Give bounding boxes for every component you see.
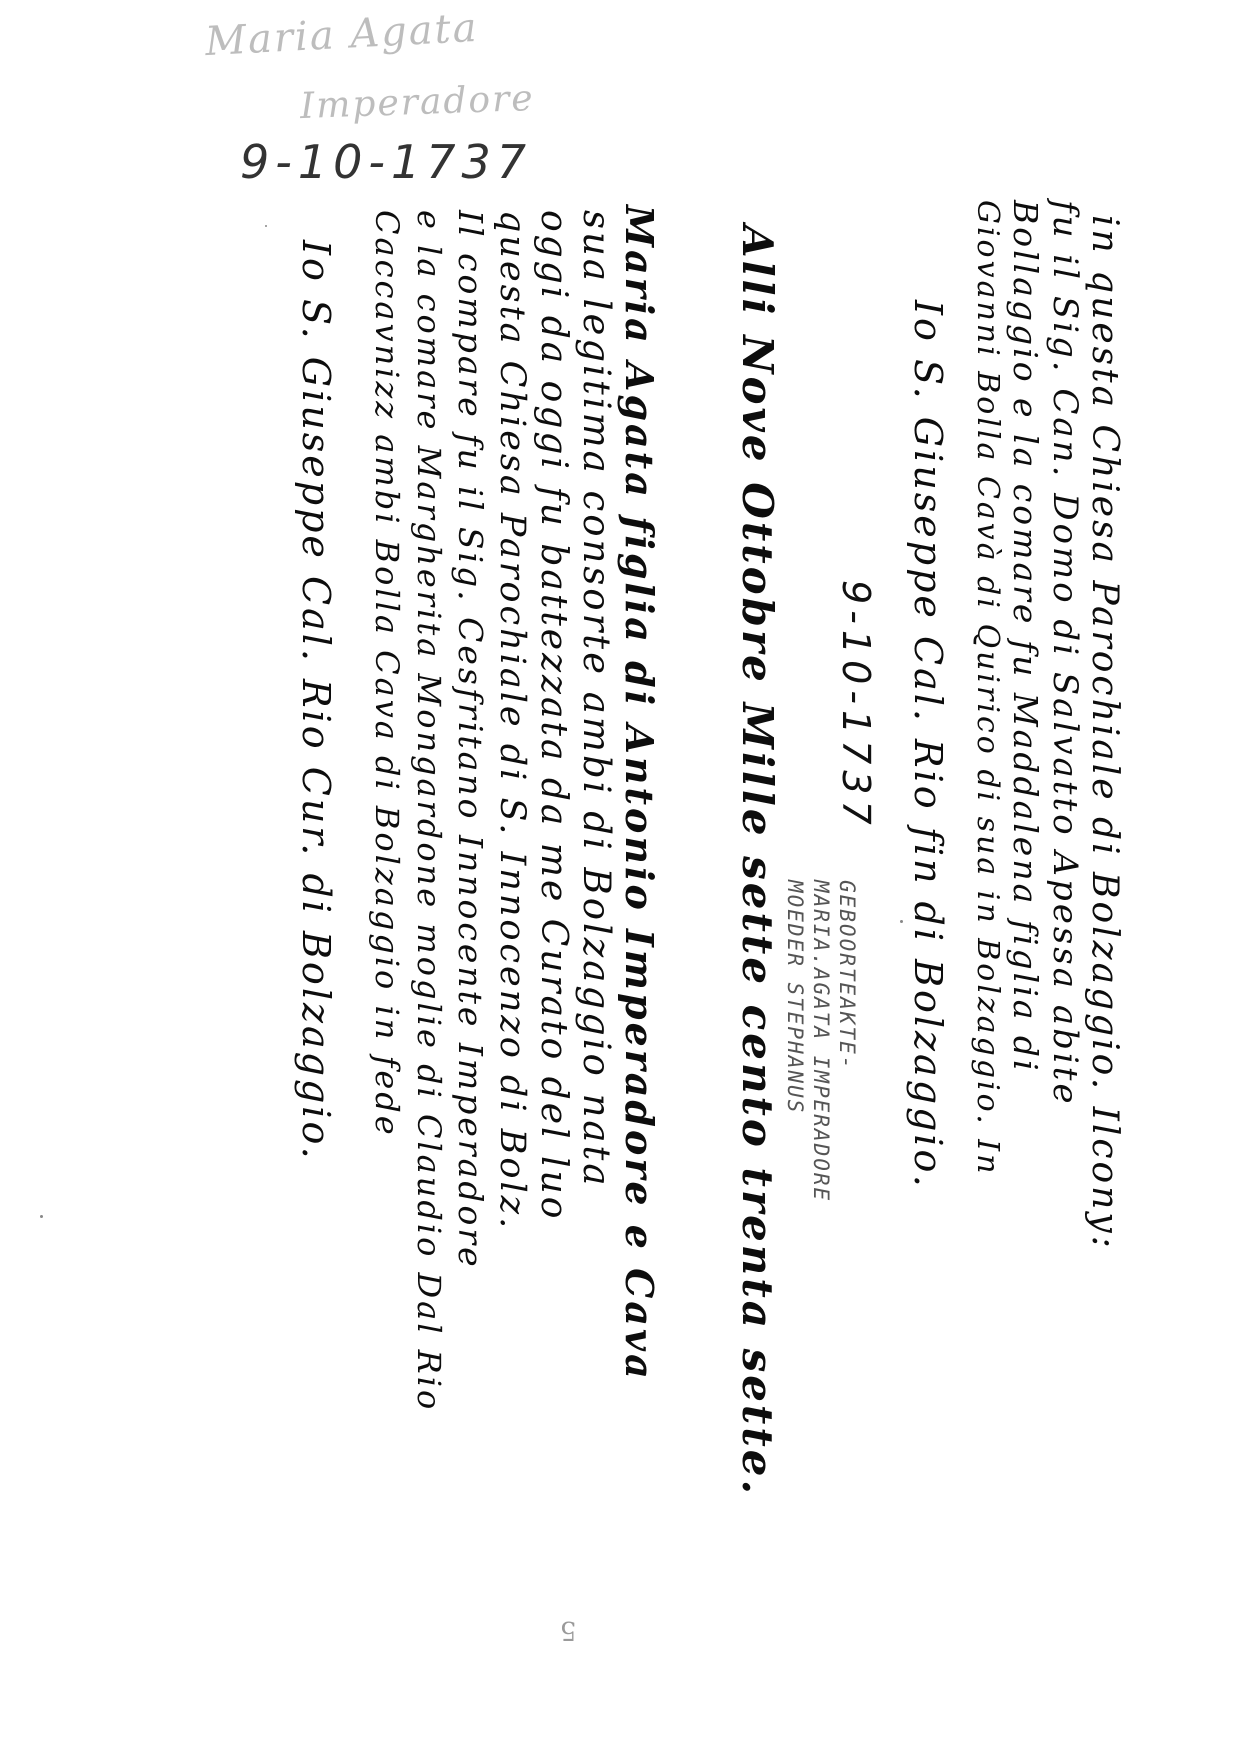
handwritten-line: sua legitima consorte ambi di Bolzaggio … bbox=[575, 210, 618, 1188]
handwritten-line: fu il Sig. Can. Domo di Salvatto Apessa … bbox=[1045, 200, 1085, 1107]
handwritten-line: Io S. Giuseppe Cal. Rio fin di Bolzaggio… bbox=[906, 300, 950, 1190]
handwritten-line: in questa Chiesa Parochiale di Bolzaggio… bbox=[1084, 215, 1125, 1251]
pencil-date: 9-10-1737 bbox=[240, 135, 532, 189]
stamp-line: MARIA.AGATA IMPERADORE bbox=[808, 880, 834, 1202]
scan-speck bbox=[265, 225, 267, 227]
stamp-line: MOEDER STEPHANUS bbox=[782, 880, 808, 1202]
handwritten-line: Caccavnizz ambi Bolla Cava di Bolzaggio … bbox=[368, 210, 406, 1138]
handwritten-line: Maria Agata figlia di Antonio Imperadore… bbox=[617, 205, 662, 1382]
handwritten-line: Bollaggio e la comare fu Maddalena figli… bbox=[1006, 200, 1045, 1074]
handwritten-line: Giovanni Bolla Cavà di Quirico di sua in… bbox=[970, 200, 1005, 1176]
pencil-surname: Imperadore bbox=[299, 78, 535, 127]
handwritten-line: questa Chiesa Parochiale di S. Innocenzo… bbox=[492, 210, 532, 1231]
handwritten-line-date: Alli Nove Ottobre Mille sette cento tren… bbox=[733, 225, 782, 1497]
scan-speck bbox=[40, 1215, 43, 1218]
handwritten-line: Io S. Giuseppe Cal. Rio Cur. di Bolzaggi… bbox=[294, 240, 338, 1162]
page-number: 5 bbox=[560, 1615, 577, 1645]
scan-speck bbox=[900, 920, 903, 923]
handwritten-line: e la comare Margherita Mongardone moglie… bbox=[410, 210, 448, 1412]
document-page: Maria Agata Imperadore 9-10-1737 in ques… bbox=[0, 0, 1240, 1754]
handwritten-line: Il compare fu il Sig. Cesfritano Innocen… bbox=[451, 210, 490, 1270]
pencil-name: Maria Agata bbox=[204, 5, 480, 65]
typed-stamp: GEBOORTEAKTE- MARIA.AGATA IMPERADORE MOE… bbox=[782, 880, 860, 1202]
stamp-line: GEBOORTEAKTE- bbox=[834, 880, 860, 1202]
stamp-date: 9-10-1737 bbox=[834, 580, 878, 831]
handwritten-line: oggi da oggi fu battezzata da me Curato … bbox=[533, 210, 574, 1221]
